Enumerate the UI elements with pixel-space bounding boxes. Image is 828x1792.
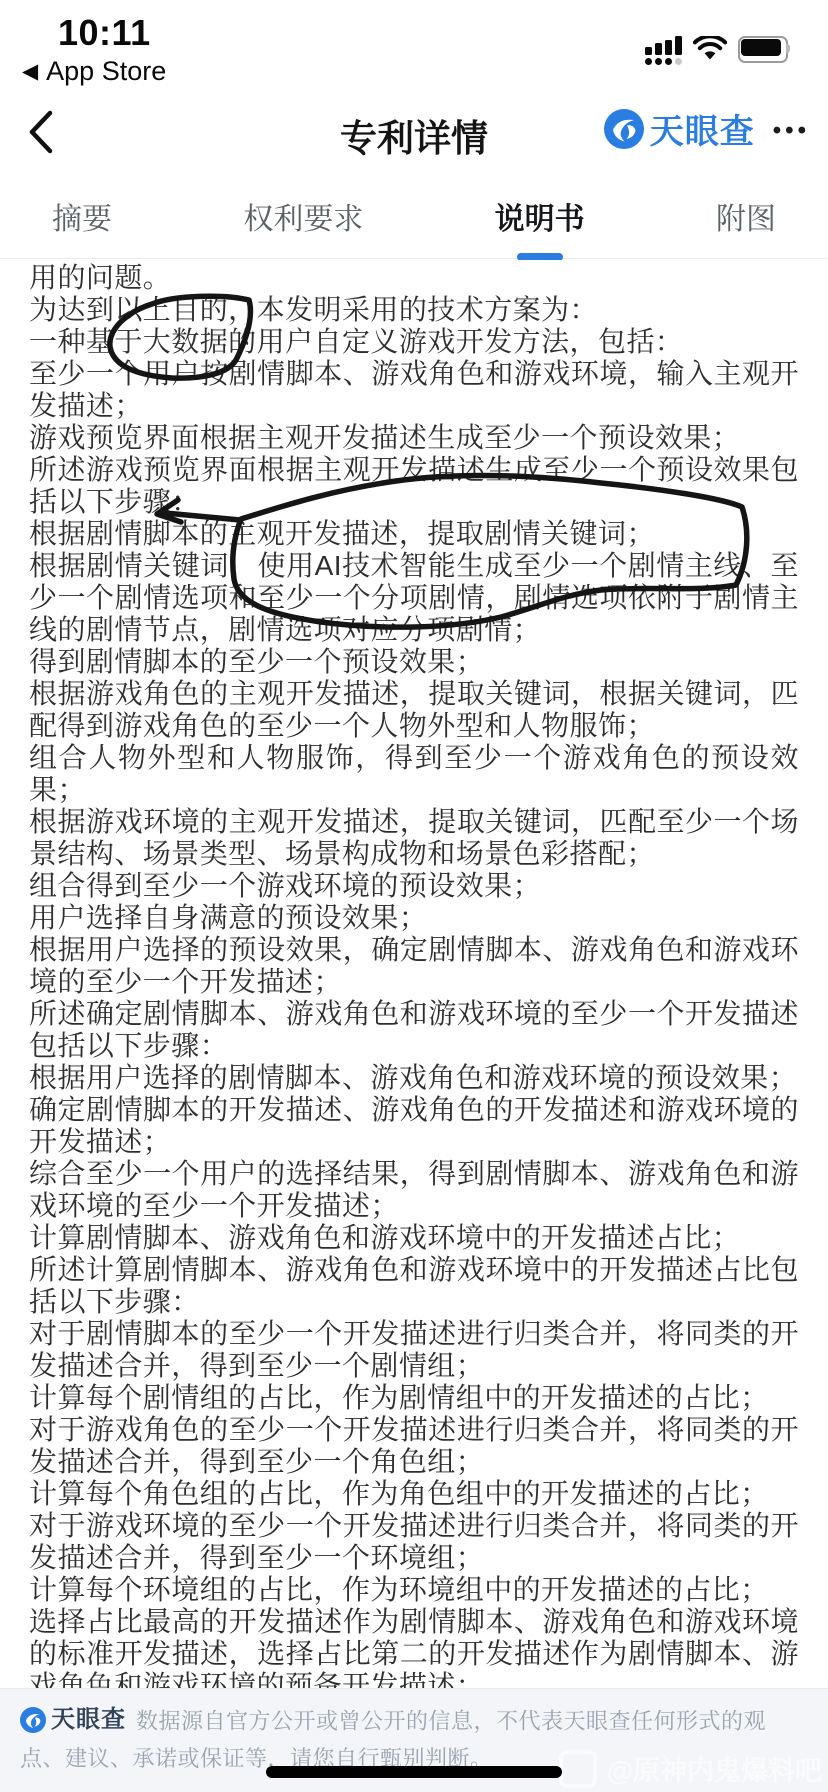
- patent-paragraph: 用户选择自身满意的预设效果；: [29, 902, 799, 934]
- tab-drawings[interactable]: 附图: [712, 176, 780, 256]
- patent-paragraph: 根据用户选择的预设效果，确定剧情脚本、游戏角色和游戏环境的至少一个开发描述；: [29, 934, 799, 998]
- patent-paragraph: 选择占比最高的开发描述作为剧情脚本、游戏角色和游戏环境的标准开发描述，选择占比第…: [29, 1606, 799, 1688]
- patent-paragraph: 确定剧情脚本的开发描述、游戏角色的开发描述和游戏环境的开发描述；: [29, 1094, 799, 1158]
- status-bar: 10:11 ◀ App Store: [0, 0, 828, 90]
- patent-paragraph: 得到剧情脚本的至少一个预设效果；: [29, 646, 799, 678]
- tab-bar: 摘要 权利要求 说明书 附图: [0, 174, 828, 259]
- patent-paragraph: 组合得到至少一个游戏环境的预设效果；: [29, 870, 799, 902]
- cellular-signal-icon: [645, 36, 682, 65]
- patent-paragraph: 综合至少一个用户的选择结果，得到剧情脚本、游戏角色和游戏环境的至少一个开发描述；: [29, 1158, 799, 1222]
- patent-paragraph: 根据剧情脚本的主观开发描述，提取剧情关键词；: [29, 518, 799, 550]
- back-app-label: App Store: [46, 56, 166, 87]
- tab-description-label: 说明书: [495, 203, 585, 236]
- patent-paragraph: 根据剧情关键词，使用AI技术智能生成至少一个剧情主线、至少一个剧情选项和至少一个…: [29, 550, 799, 646]
- tab-abstract[interactable]: 摘要: [48, 176, 116, 256]
- tab-claims[interactable]: 权利要求: [239, 176, 367, 256]
- patent-paragraph: 计算剧情脚本、游戏角色和游戏环境中的开发描述占比；: [29, 1222, 799, 1254]
- watermark: @原神内鬼爆料吧: [559, 1749, 822, 1788]
- tianyancha-footer-logo-icon: [20, 1707, 46, 1733]
- patent-paragraph: 对于游戏环境的至少一个开发描述进行归类合并，将同类的开发描述合并，得到至少一个环…: [29, 1510, 799, 1574]
- patent-paragraph: 对于剧情脚本的至少一个开发描述进行归类合并，将同类的开发描述合并，得到至少一个剧…: [29, 1318, 799, 1382]
- patent-paragraph: 所述计算剧情脚本、游戏角色和游戏环境中的开发描述占比包括以下步骤：: [29, 1254, 799, 1318]
- patent-text: 用的问题。为达到以上目的，本发明采用的技术方案为：一种基于大数据的用户自定义游戏…: [0, 260, 828, 1688]
- patent-detail-screen: 10:11 ◀ App Store 专利详情: [0, 0, 828, 1792]
- back-to-app-store-link[interactable]: ◀ App Store: [22, 56, 166, 87]
- watermark-frame-icon: [559, 1750, 597, 1788]
- patent-paragraph: 游戏预览界面根据主观开发描述生成至少一个预设效果；: [29, 422, 799, 454]
- tab-description[interactable]: 说明书: [491, 176, 589, 256]
- patent-paragraph: 组合人物外型和人物服饰，得到至少一个游戏角色的预设效果；: [29, 742, 799, 806]
- battery-icon: [738, 35, 794, 62]
- patent-paragraph: 用的问题。: [29, 262, 799, 294]
- back-triangle-icon: ◀: [22, 58, 38, 85]
- patent-paragraph: 计算每个角色组的占比，作为角色组中的开发描述的占比；: [29, 1478, 799, 1510]
- patent-paragraph: 对于游戏角色的至少一个开发描述进行归类合并，将同类的开发描述合并，得到至少一个角…: [29, 1414, 799, 1478]
- home-indicator[interactable]: [266, 1766, 562, 1778]
- status-icons: [645, 36, 794, 65]
- brand-name: 天眼查: [650, 104, 755, 153]
- more-menu-button[interactable]: •••: [773, 113, 810, 145]
- patent-paragraph: 根据用户选择的剧情脚本、游戏角色和游戏环境的预设效果；: [29, 1062, 799, 1094]
- watermark-text: @原神内鬼爆料吧: [607, 1749, 822, 1788]
- patent-paragraph: 计算每个环境组的占比，作为环境组中的开发描述的占比；: [29, 1574, 799, 1606]
- tianyancha-logo-icon: [604, 109, 644, 149]
- footer-brand: 天眼查: [20, 1701, 126, 1738]
- patent-paragraph: 一种基于大数据的用户自定义游戏开发方法，包括：: [29, 326, 799, 358]
- wifi-icon: [693, 36, 727, 62]
- footer-brand-name: 天眼查: [51, 1701, 126, 1738]
- patent-paragraph: 计算每个剧情组的占比，作为剧情组中的开发描述的占比；: [29, 1382, 799, 1414]
- patent-paragraph: 根据游戏环境的主观开发描述，提取关键词，匹配至少一个场景结构、场景类型、场景构成…: [29, 806, 799, 870]
- patent-paragraph: 所述游戏预览界面根据主观开发描述生成至少一个预设效果包括以下步骤：: [29, 454, 799, 518]
- clock: 10:11: [58, 12, 151, 54]
- patent-paragraph: 至少一个用户按剧情脚本、游戏角色和游戏环境，输入主观开发描述；: [29, 358, 799, 422]
- nav-bar: 专利详情 天眼查 •••: [0, 90, 828, 175]
- patent-paragraph: 根据游戏角色的主观开发描述，提取关键词，根据关键词，匹配得到游戏角色的至少一个人…: [29, 678, 799, 742]
- patent-description-body: 用的问题。为达到以上目的，本发明采用的技术方案为：一种基于大数据的用户自定义游戏…: [0, 260, 828, 1688]
- patent-paragraph: 所述确定剧情脚本、游戏角色和游戏环境的至少一个开发描述包括以下步骤：: [29, 998, 799, 1062]
- patent-paragraph: 为达到以上目的，本发明采用的技术方案为：: [29, 294, 799, 326]
- tianyancha-brand[interactable]: 天眼查: [604, 104, 755, 153]
- footer-disclaimer-bar: 天眼查 数据源自官方公开或曾公开的信息，不代表天眼查任何形式的观点、建议、承诺或…: [0, 1688, 828, 1792]
